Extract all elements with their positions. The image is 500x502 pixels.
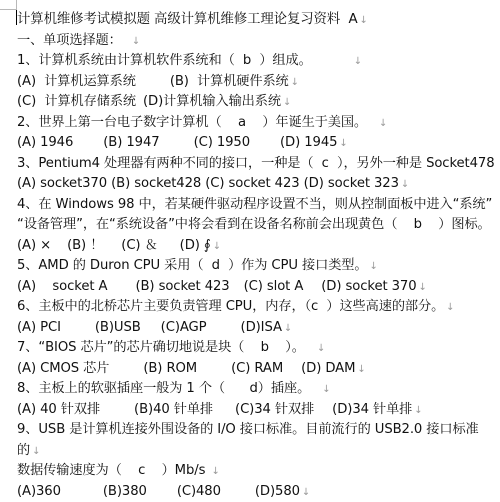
question-7-stem: 7、“BIOS 芯片”的芯片确切地说是块（ b ）。 ↓	[17, 338, 500, 359]
option-d: (D) DAM	[301, 361, 355, 376]
option-d: (D) ∮	[180, 238, 211, 253]
question-9-stem: 9、USB 是计算机连接外围设备的 I/O 接口标准。目前流行的 USB2.0 …	[17, 420, 500, 441]
paragraph-mark-icon: ↓	[360, 15, 368, 26]
paragraph-mark-icon: ↓	[369, 261, 377, 272]
option-b: (B) socket 423	[135, 279, 229, 294]
option-a: (A) CMOS 芯片	[17, 361, 109, 376]
question-4-stem: 4、在 Windows 98 中，若某硬件驱动程序设置不当，则从控制面板中进入“…	[17, 195, 500, 216]
question-3-stem: 3、Pentium4 处理器有两种不同的接口，一种是（ c ），另外一种是 So…	[17, 154, 500, 175]
page-corner-mark	[0, 0, 17, 10]
question-2-options: (A) 1946(B) 1947(C) 1950(D) 1945↓	[17, 133, 500, 154]
question-2-stem: 2、世界上第一台电子数字计算机（ a ）年诞生于美国。↓	[17, 113, 500, 134]
question-4-stem-continued: “设备管理”，在“系统设备”中将会看到在设备名称前会出现黄色（ b ）图标。	[17, 215, 500, 236]
question-1-options-line-2: (C) 计算机存储系统(D)计算机输入输出系统↓	[17, 92, 500, 113]
option-d: (D) socket 370	[321, 279, 416, 294]
option-c: (C)34 针双排	[235, 402, 314, 417]
option-d: (D)计算机输入输出系统	[143, 94, 281, 109]
paragraph-mark-icon: ↓	[291, 77, 299, 88]
question-text: 8、主板上的软驱插座一般为 1 个（ d）插座。	[17, 381, 314, 396]
question-6-options: (A) PCI(B)USB(C)AGP(D)ISA↓	[17, 318, 500, 339]
option-c: (C) RAM	[231, 361, 283, 376]
paragraph-mark-icon: ↓	[446, 302, 454, 313]
question-text: 2、世界上第一台电子数字计算机（ a ）年诞生于美国。	[17, 115, 367, 130]
paragraph-mark-icon: ↓	[401, 179, 409, 190]
option-b: (B) ROM	[143, 361, 197, 376]
option-b: (B) ！	[67, 238, 103, 253]
paragraph-mark-icon: ↓	[339, 138, 347, 149]
question-4-options: (A) ×(B) ！(C) ＆(D) ∮↓	[17, 236, 500, 257]
question-7-options: (A) CMOS 芯片(B) ROM(C) RAM(D) DAM↓	[17, 359, 500, 380]
option-c: (C) slot A	[244, 279, 304, 294]
question-9-options: (A)360(B)380(C)480(D)580↓	[17, 482, 500, 502]
question-6-stem: 6、主板中的北桥芯片主要负责管理 CPU，内存，（c ）这些高速的部分。↓	[17, 297, 500, 318]
option-a: (A) 40 针双排	[17, 402, 100, 417]
option-b: (B) 1947	[103, 135, 159, 150]
question-text-continued: “设备管理”，在“系统设备”中将会看到在设备名称前会出现黄色（ b ）图标。	[17, 217, 491, 232]
option-c: (C) 1950	[194, 135, 250, 150]
option-a: (A) PCI	[17, 320, 61, 335]
question-5-stem: 5、AMD 的 Duron CPU 采用（ d ）作为 CPU 接口类型。↓	[17, 256, 500, 277]
question-text: 9、USB 是计算机连接外围设备的 I/O 接口标准。目前流行的 USB2.0 …	[17, 422, 479, 437]
paragraph-mark-icon: ↓	[354, 56, 362, 67]
question-3-options: (A) socket370 (B) socket428 (C) socket 4…	[17, 174, 500, 195]
option-a: (A) socket A	[17, 279, 107, 294]
option-b: (B) 计算机硬件系统	[170, 74, 289, 89]
option-a: (A)360	[17, 484, 61, 499]
question-text: 7、“BIOS 芯片”的芯片确切地说是块（ b ）。	[17, 340, 309, 355]
option-d: (D)580	[255, 484, 300, 499]
paragraph-mark-icon: ↓	[419, 282, 427, 293]
question-9-stem-continued-2: 数据传输速度为（ c ）Mb/s ↓	[17, 461, 500, 482]
paragraph-mark-icon: ↓	[322, 384, 330, 395]
paragraph-mark-icon: ↓	[317, 343, 325, 354]
question-8-stem: 8、主板上的软驱插座一般为 1 个（ d）插座。 ↓	[17, 379, 500, 400]
section-heading: 一、单项选择题：	[17, 33, 130, 48]
question-1-options-line-1: (A) 计算机运算系统(B) 计算机硬件系统↓	[17, 72, 500, 93]
option-c: (C) ＆	[121, 238, 157, 253]
question-text-continued: 数据传输速度为（ c ）Mb/s	[17, 463, 209, 478]
option-a: (A) ×	[17, 238, 51, 253]
option-c: (C) 计算机存储系统	[17, 94, 136, 109]
question-text-continued: 的	[17, 443, 30, 458]
document-title-line: 计算机维修考试模拟题 高级计算机维修工理论复习资料 A↓	[17, 10, 500, 31]
question-9-stem-continued: 的↓	[17, 441, 500, 462]
document-page[interactable]: 计算机维修考试模拟题 高级计算机维修工理论复习资料 A↓ 一、单项选择题： ↓ …	[17, 10, 500, 502]
options-text: (A) socket370 (B) socket428 (C) socket 4…	[17, 176, 399, 191]
option-d: (D)ISA	[241, 320, 282, 335]
paragraph-mark-icon: ↓	[32, 446, 40, 457]
paragraph-mark-icon: ↓	[283, 97, 291, 108]
paragraph-mark-icon: ↓	[357, 364, 365, 375]
question-text: 3、Pentium4 处理器有两种不同的接口，一种是（ c ），另外一种是 So…	[17, 156, 495, 171]
section-heading-line: 一、单项选择题： ↓	[17, 31, 500, 52]
option-d: (D) 1945	[280, 135, 337, 150]
option-b: (B)USB	[95, 320, 141, 335]
option-b: (B)380	[103, 484, 147, 499]
paragraph-mark-icon: ↓	[213, 241, 221, 252]
paragraph-mark-icon: ↓	[132, 36, 140, 47]
question-text: 5、AMD 的 Duron CPU 采用（ d ）作为 CPU 接口类型。	[17, 258, 367, 273]
question-text: 4、在 Windows 98 中，若某硬件驱动程序设置不当，则从控制面板中进入“…	[17, 197, 492, 212]
option-d: (D)34 针单排	[332, 402, 412, 417]
paragraph-mark-icon: ↓	[379, 118, 387, 129]
question-text: 6、主板中的北桥芯片主要负责管理 CPU，内存，（c ）这些高速的部分。	[17, 299, 444, 314]
paragraph-mark-icon: ↓	[211, 466, 219, 477]
question-1-stem: 1、计算机系统由计算机软件系统和（ b ）组成。↓	[17, 51, 500, 72]
question-text: 1、计算机系统由计算机软件系统和（ b ）组成。	[17, 53, 312, 68]
option-b: (B)40 针单排	[134, 402, 213, 417]
question-5-options: (A) socket A(B) socket 423(C) slot A(D) …	[17, 277, 500, 298]
option-a: (A) 计算机运算系统	[17, 74, 136, 89]
option-c: (C)AGP	[161, 320, 207, 335]
paragraph-mark-icon: ↓	[284, 323, 292, 334]
question-8-options: (A) 40 针双排(B)40 针单排(C)34 针双排(D)34 针单排↓	[17, 400, 500, 421]
paragraph-mark-icon: ↓	[414, 405, 422, 416]
paragraph-mark-icon: ↓	[302, 487, 310, 498]
document-title: 计算机维修考试模拟题 高级计算机维修工理论复习资料 A	[17, 12, 358, 27]
option-a: (A) 1946	[17, 135, 73, 150]
option-c: (C)480	[177, 484, 221, 499]
